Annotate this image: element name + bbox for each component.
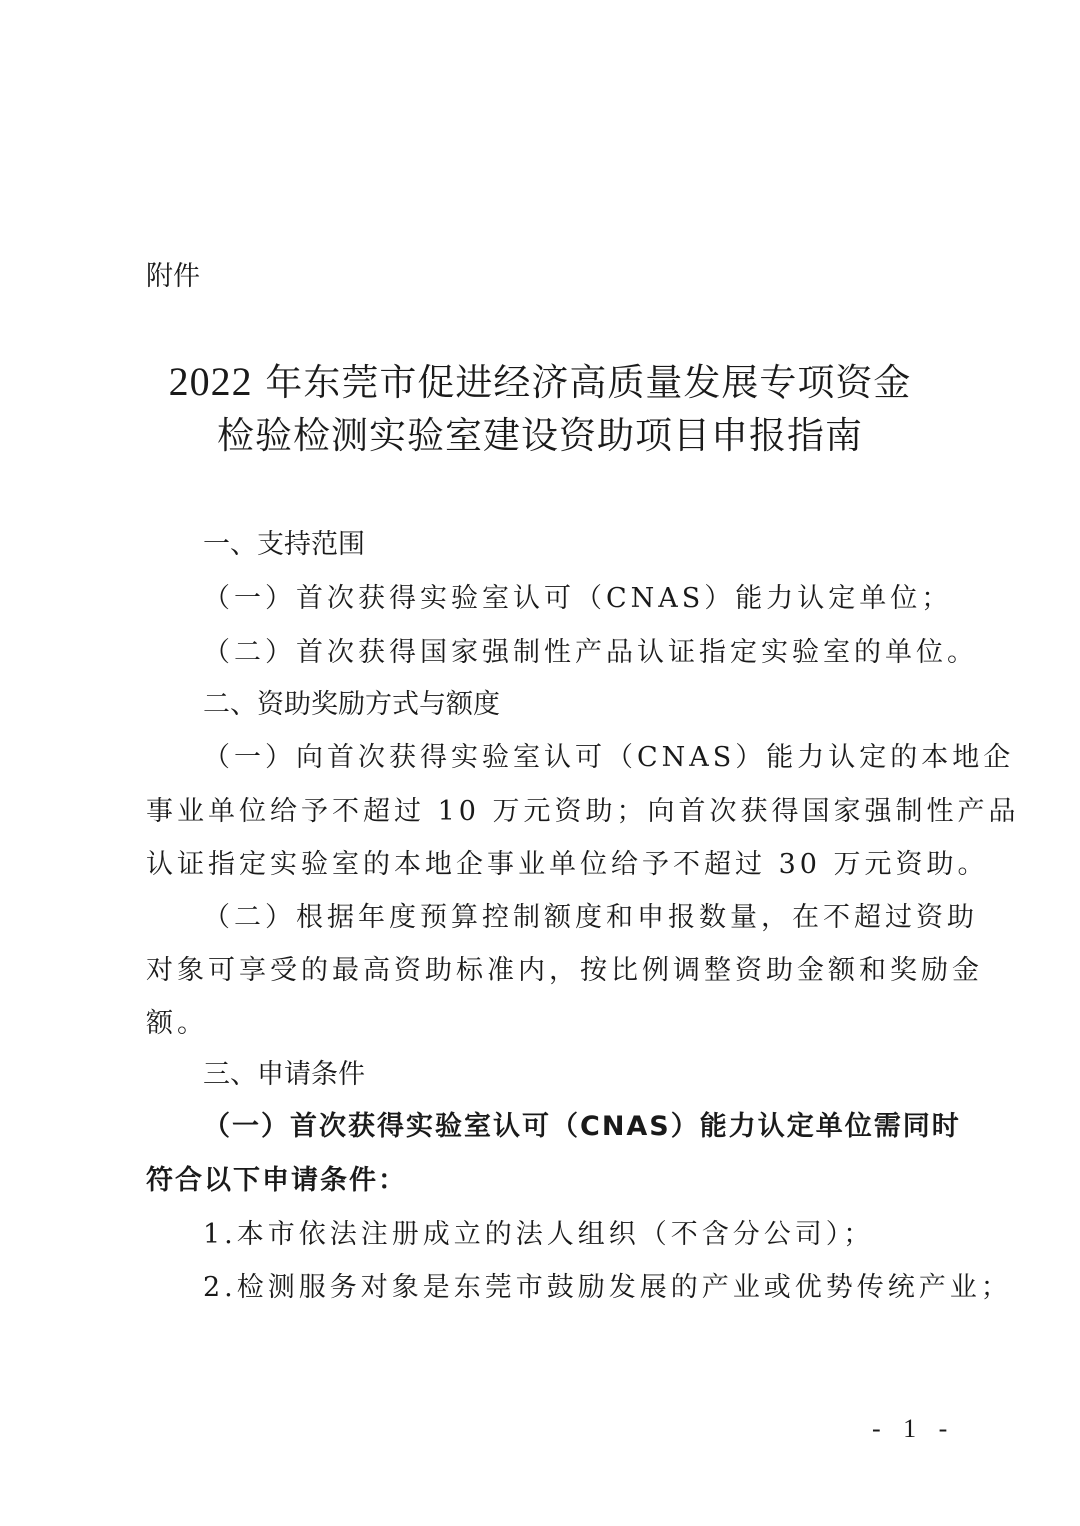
document-title-line-1: 2022 年东莞市促进经济高质量发展专项资金 (0, 352, 1080, 406)
paragraph-line: 2.检测服务对象是东莞市鼓励发展的产业或优势传统产业； (203, 1265, 1012, 1304)
paragraph-line: （一）首次获得实验室认可（CNAS）能力认定单位需同时 (203, 1104, 961, 1143)
attachment-label: 附件 (146, 254, 200, 293)
section-heading: 二、资助奖励方式与额度 (203, 682, 500, 721)
paragraph-line: 1.本市依法注册成立的法人组织（不含分公司）； (203, 1212, 874, 1251)
paragraph-line: 事业单位给予不超过 10 万元资助；向首次获得国家强制性产品 (146, 789, 1020, 828)
paragraph-line: （一）向首次获得实验室认可（CNAS）能力认定的本地企 (203, 735, 1014, 774)
document-page: 附件 2022 年东莞市促进经济高质量发展专项资金 检验检测实验室建设资助项目申… (0, 0, 1080, 1526)
paragraph-line: 对象可享受的最高资助标准内，按比例调整资助金额和奖励金 (146, 948, 983, 987)
title-year: 2022 (169, 359, 253, 404)
paragraph-line: 符合以下申请条件： (146, 1158, 407, 1197)
paragraph-line: （一）首次获得实验室认可（CNAS）能力认定单位； (203, 576, 952, 615)
title-line-1-text: 年东莞市促进经济高质量发展专项资金 (253, 361, 912, 404)
section-heading: 一、支持范围 (203, 522, 365, 561)
paragraph-line: （二）根据年度预算控制额度和申报数量，在不超过资助 (203, 895, 978, 934)
paragraph-line: 认证指定实验室的本地企事业单位给予不超过 30 万元资助。 (146, 842, 989, 881)
document-title-line-2: 检验检测实验室建设资助项目申报指南 (0, 405, 1080, 459)
page-number: - 1 - (872, 1414, 955, 1444)
paragraph-line: （二）首次获得国家强制性产品认证指定实验室的单位。 (203, 630, 978, 669)
section-heading: 三、申请条件 (203, 1052, 365, 1091)
paragraph-line: 额。 (146, 1001, 208, 1040)
